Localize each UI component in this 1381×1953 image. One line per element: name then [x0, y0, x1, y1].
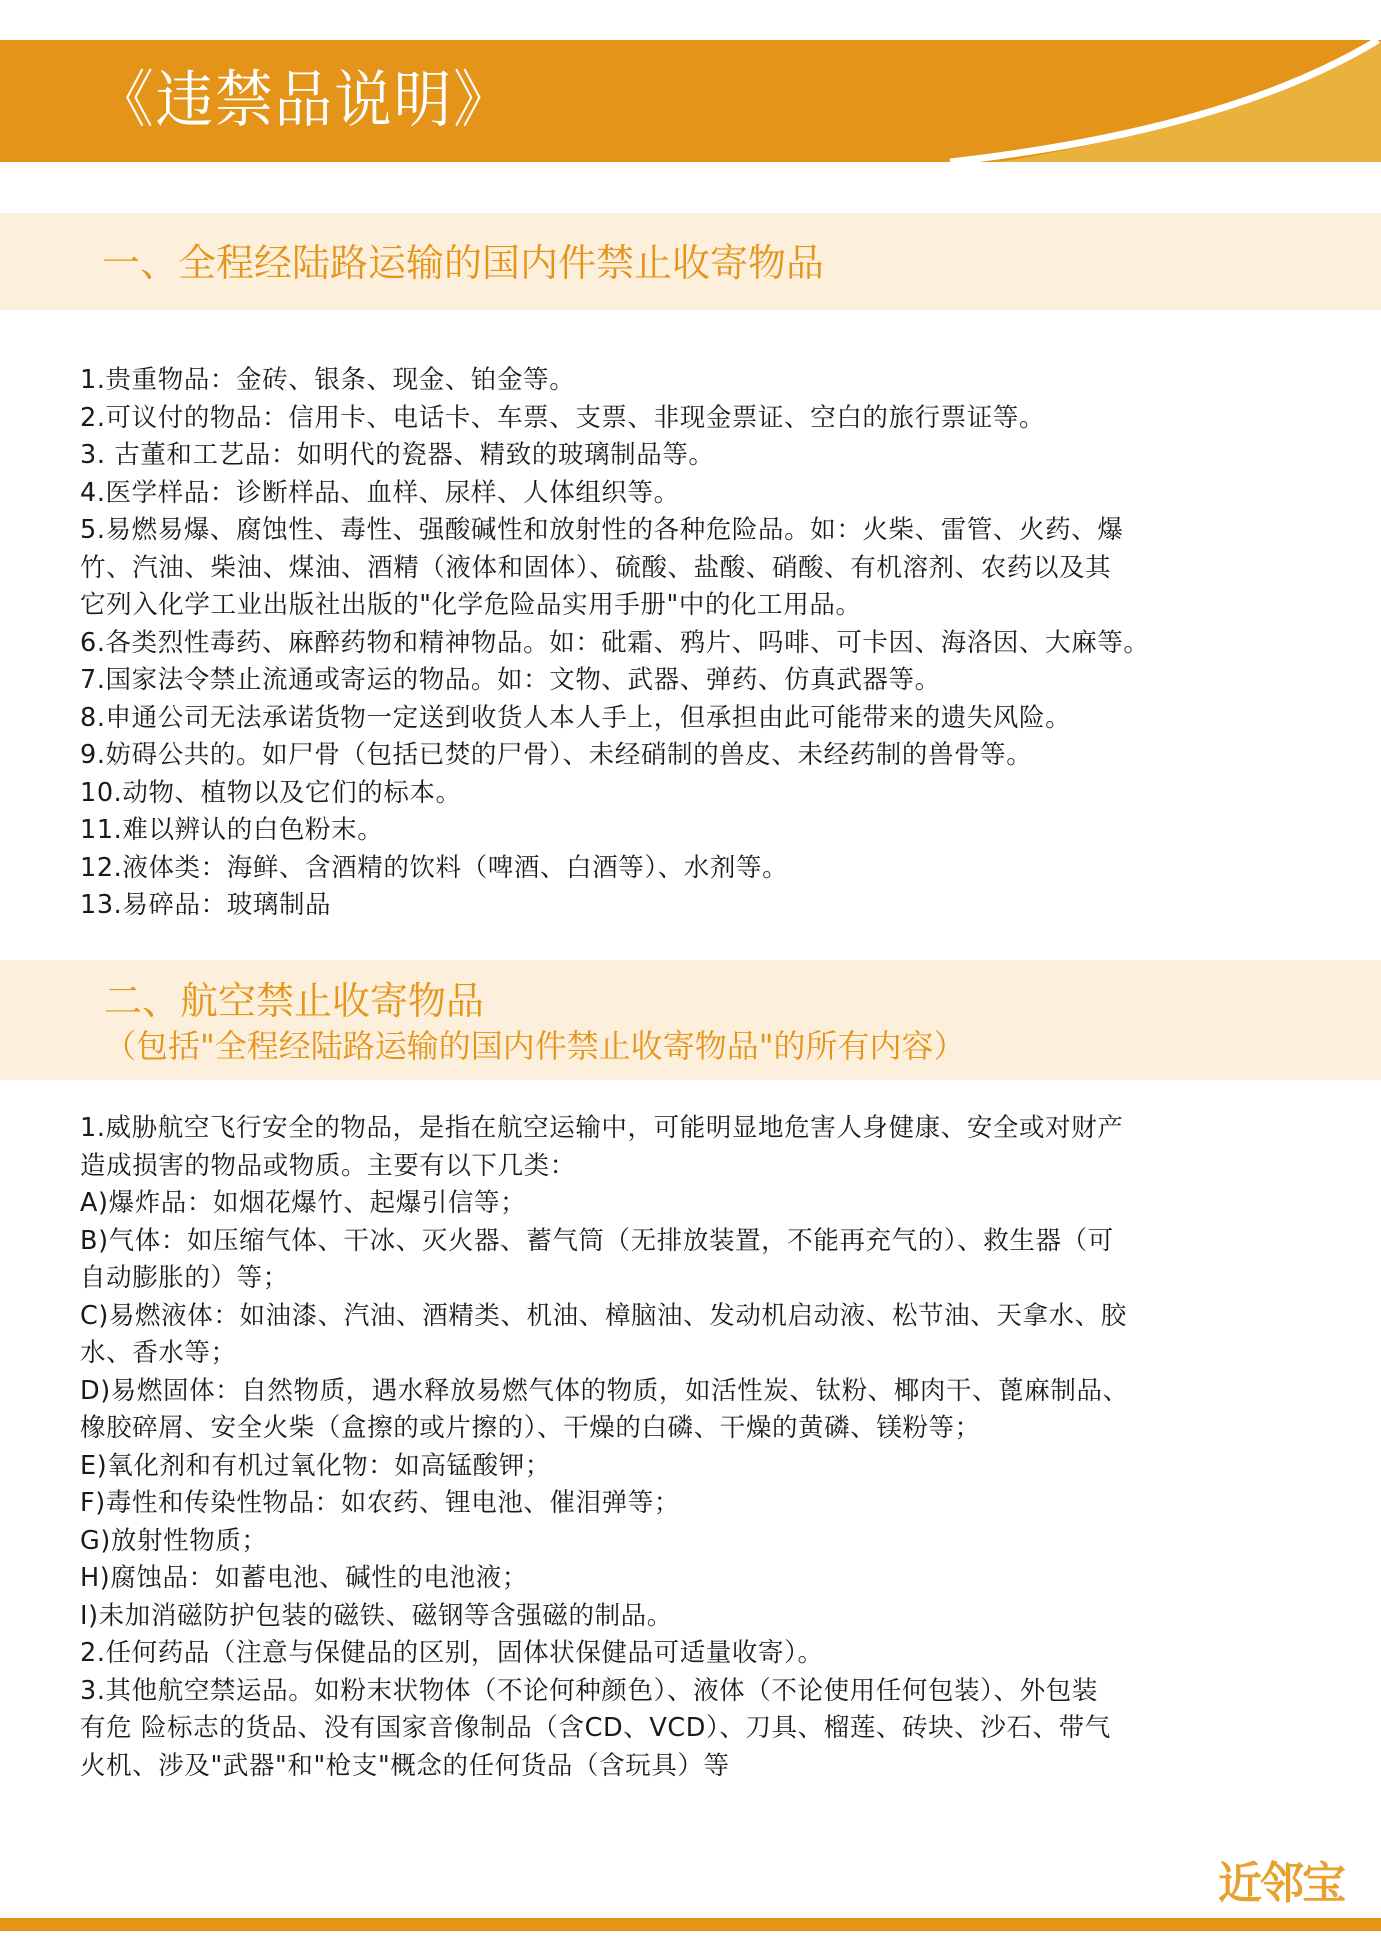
list-item: 7.国家法令禁止流通或寄运的物品。如：文物、武器、弹药、仿真武器等。: [80, 662, 1320, 700]
list-item: 9.妨碍公共的。如尸骨（包括已焚的尸骨）、未经硝制的兽皮、未经药制的兽骨等。: [80, 737, 1320, 775]
list-item: 2.可议付的物品：信用卡、电话卡、车票、支票、非现金票证、空白的旅行票证等。: [80, 400, 1320, 438]
list-item: 自动膨胀的）等；: [80, 1260, 1320, 1298]
footer-bar: [0, 1918, 1381, 1931]
list-item: 11.难以辨认的白色粉末。: [80, 812, 1320, 850]
list-item: 造成损害的物品或物质。主要有以下几类：: [80, 1148, 1320, 1186]
list-item: 1.威胁航空飞行安全的物品，是指在航空运输中，可能明显地危害人身健康、安全或对财…: [80, 1110, 1320, 1148]
list-item: 2.任何药品（注意与保健品的区别，固体状保健品可适量收寄）。: [80, 1635, 1320, 1673]
section-2-title: 二、航空禁止收寄物品: [104, 978, 484, 1024]
list-item: F)毒性和传染性物品：如农药、锂电池、催泪弹等；: [80, 1485, 1320, 1523]
list-item: C)易燃液体：如油漆、汽油、酒精类、机油、樟脑油、发动机启动液、松节油、天拿水、…: [80, 1298, 1320, 1336]
list-item: G)放射性物质；: [80, 1523, 1320, 1561]
list-item: 3. 古董和工艺品：如明代的瓷器、精致的玻璃制品等。: [80, 437, 1320, 475]
section-1-list: 1.贵重物品：金砖、银条、现金、铂金等。 2.可议付的物品：信用卡、电话卡、车票…: [80, 362, 1320, 925]
list-item: 火机、涉及"武器"和"枪支"概念的任何货品（含玩具）等: [80, 1748, 1320, 1786]
brand-logo-text: 近邻宝: [1218, 1858, 1344, 1910]
list-item: 10.动物、植物以及它们的标本。: [80, 775, 1320, 813]
page-header-banner: 《违禁品说明》: [0, 40, 1381, 162]
list-item: 5.易燃易爆、腐蚀性、毒性、强酸碱性和放射性的各种危险品。如：火柴、雷管、火药、…: [80, 512, 1320, 550]
list-item: 3.其他航空禁运品。如粉末状物体（不论何种颜色）、液体（不论使用任何包装）、外包…: [80, 1673, 1320, 1711]
brand-logo: 近邻宝: [1218, 1858, 1358, 1910]
list-item: I)未加消磁防护包装的磁铁、磁钢等含强磁的制品。: [80, 1598, 1320, 1636]
section-1-title: 一、全程经陆路运输的国内件禁止收寄物品: [102, 239, 824, 287]
page-title: 《违禁品说明》: [96, 50, 513, 150]
list-item: B)气体：如压缩气体、干冰、灭火器、蓄气筒（无排放装置，不能再充气的）、救生器（…: [80, 1223, 1320, 1261]
list-item: 6.各类烈性毒药、麻醉药物和精神物品。如：砒霜、鸦片、吗啡、可卡因、海洛因、大麻…: [80, 625, 1320, 663]
list-item: 竹、汽油、柴油、煤油、酒精（液体和固体）、硫酸、盐酸、硝酸、有机溶剂、农药以及其: [80, 550, 1320, 588]
list-item: D)易燃固体：自然物质，遇水释放易燃气体的物质，如活性炭、钛粉、椰肉干、蓖麻制品…: [80, 1373, 1320, 1411]
list-item: 13.易碎品：玻璃制品: [80, 887, 1320, 925]
section-2-list: 1.威胁航空飞行安全的物品，是指在航空运输中，可能明显地危害人身健康、安全或对财…: [80, 1110, 1320, 1785]
list-item: A)爆炸品：如烟花爆竹、起爆引信等；: [80, 1185, 1320, 1223]
list-item: 它列入化学工业出版社出版的"化学危险品实用手册"中的化工用品。: [80, 587, 1320, 625]
list-item: 橡胶碎屑、安全火柴（盒擦的或片擦的）、干燥的白磷、干燥的黄磷、镁粉等；: [80, 1410, 1320, 1448]
list-item: 水、香水等；: [80, 1335, 1320, 1373]
section-1-header: 一、全程经陆路运输的国内件禁止收寄物品: [0, 213, 1381, 310]
list-item: 12.液体类：海鲜、含酒精的饮料（啤酒、白酒等）、水剂等。: [80, 850, 1320, 888]
list-item: 4.医学样品：诊断样品、血样、尿样、人体组织等。: [80, 475, 1320, 513]
list-item: H)腐蚀品：如蓄电池、碱性的电池液；: [80, 1560, 1320, 1598]
list-item: 8.申通公司无法承诺货物一定送到收货人本人手上，但承担由此可能带来的遗失风险。: [80, 700, 1320, 738]
list-item: 1.贵重物品：金砖、银条、现金、铂金等。: [80, 362, 1320, 400]
list-item: 有危 险标志的货品、没有国家音像制品（含CD、VCD）、刀具、榴莲、砖块、沙石、…: [80, 1710, 1320, 1748]
list-item: E)氧化剂和有机过氧化物：如高锰酸钾；: [80, 1448, 1320, 1486]
section-2-subtitle: （包括"全程经陆路运输的国内件禁止收寄物品"的所有内容）: [104, 1026, 965, 1066]
section-2-header: 二、航空禁止收寄物品 （包括"全程经陆路运输的国内件禁止收寄物品"的所有内容）: [0, 960, 1381, 1080]
